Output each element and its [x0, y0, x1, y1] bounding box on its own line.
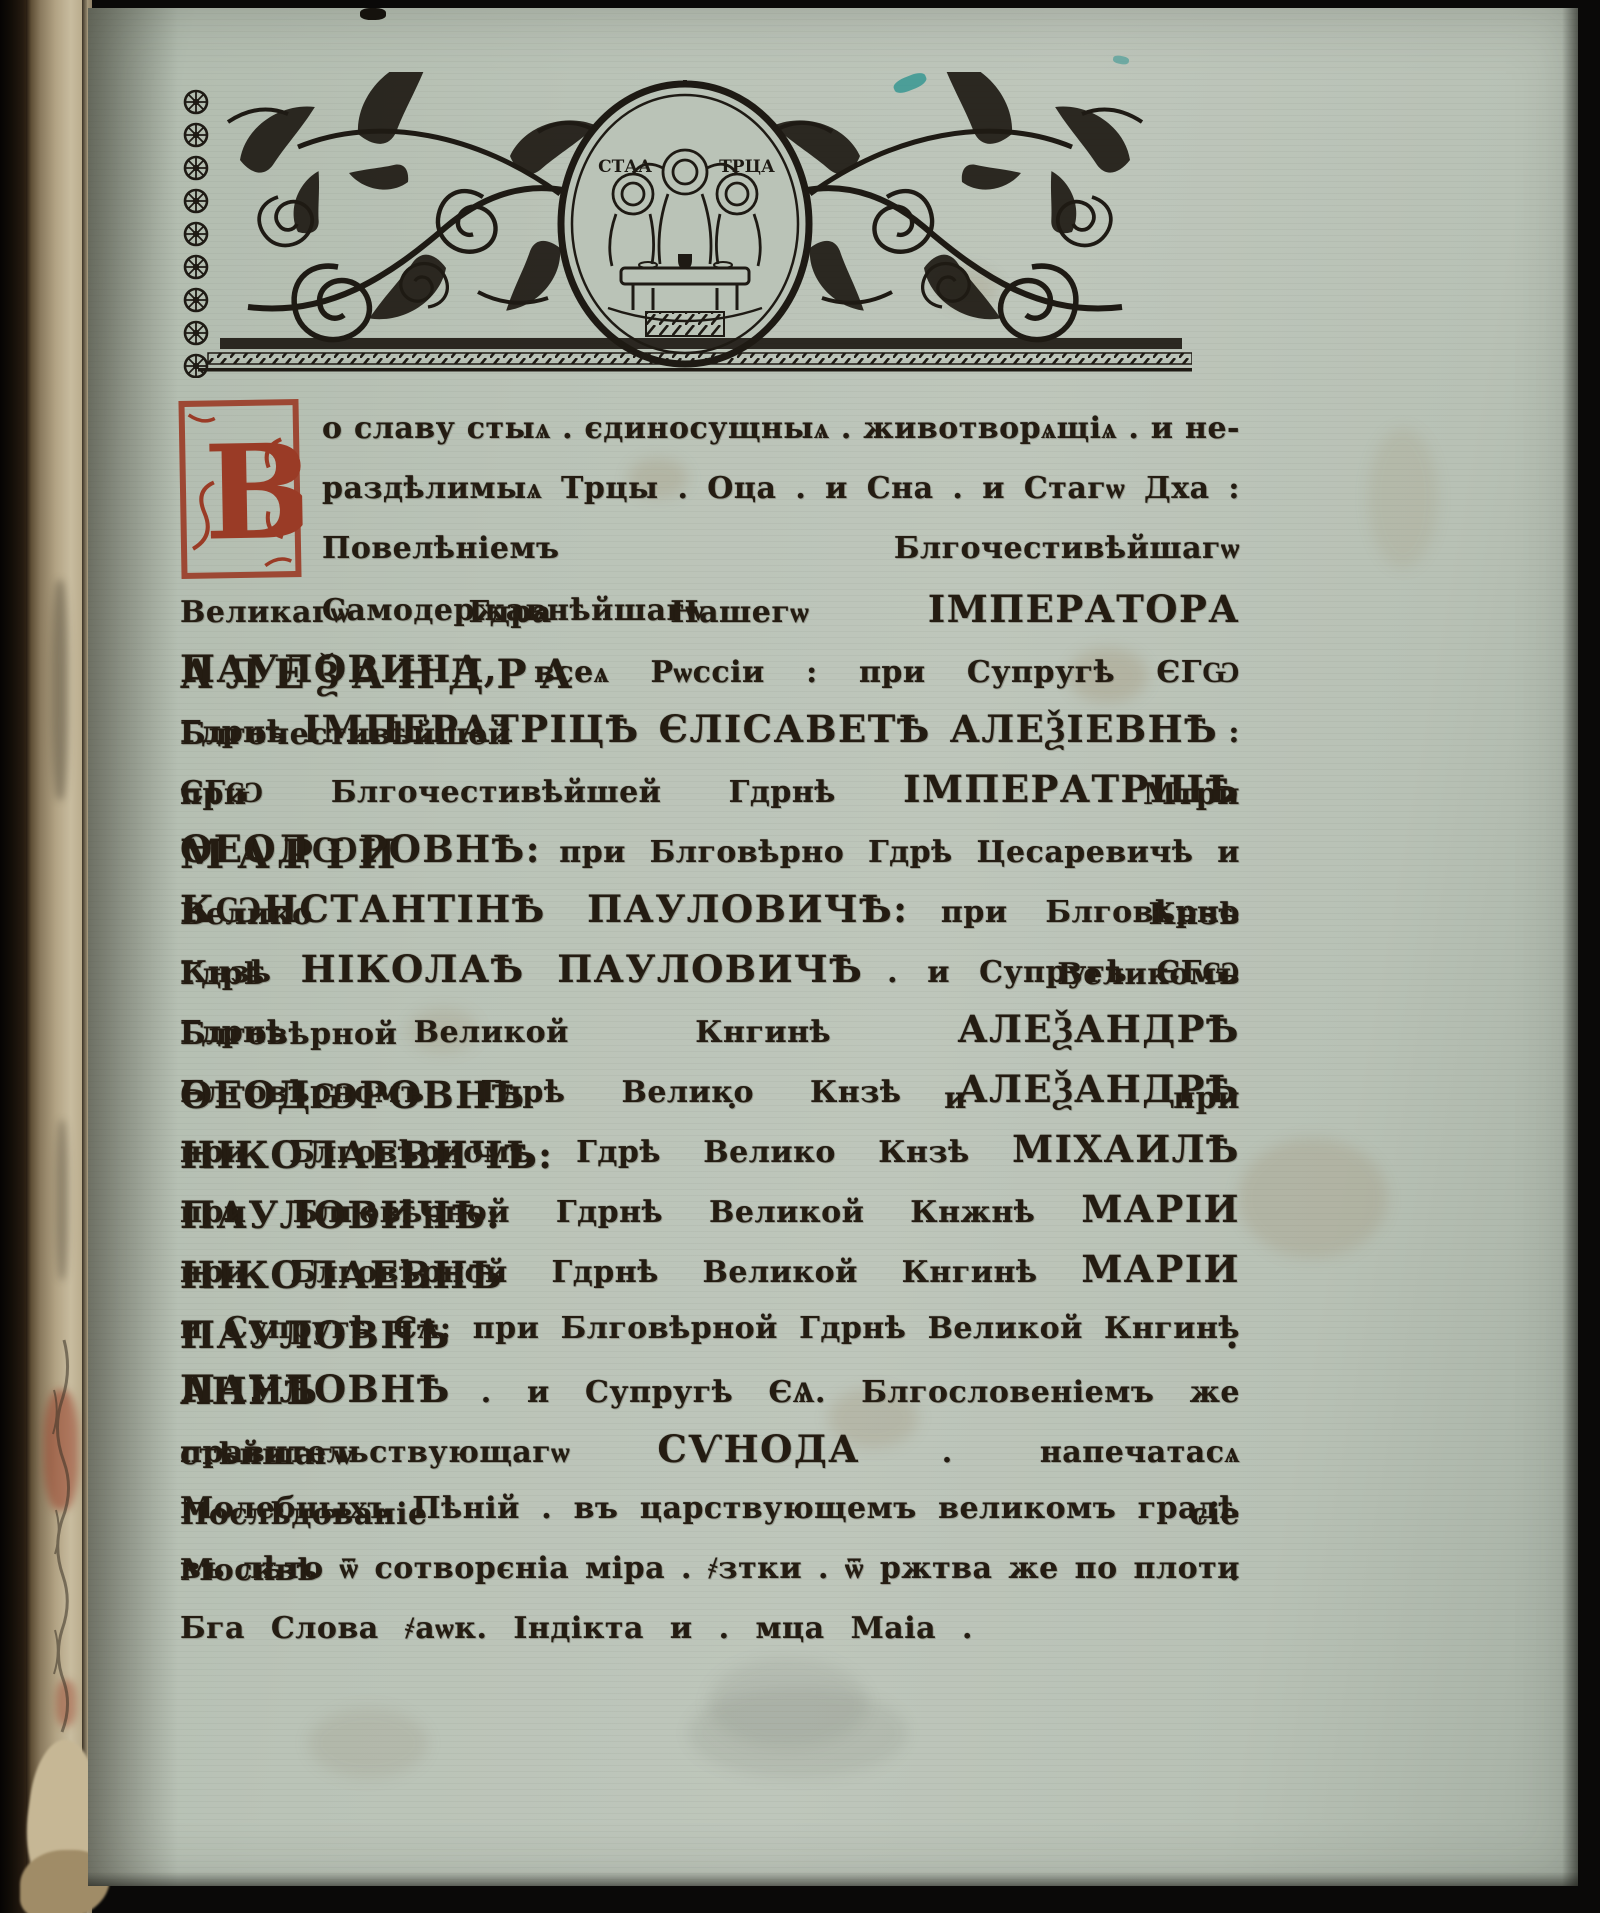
spine-gutter: [26, 0, 92, 1913]
text-segment: Бга Слова ҂аѡк. Індікта и . мца Маіа .: [180, 1611, 973, 1646]
foliate-scroll-left: [228, 72, 602, 340]
medallion-label-right: ТРЦА: [719, 157, 775, 177]
ink-speck: [360, 8, 386, 20]
text-segment: при Блговѣрной Гдрнѣ Великой Кнгинѣ: [180, 1255, 1081, 1290]
text-segment: ІМПЕРАТОРА: [928, 587, 1240, 631]
paper-stain: [1368, 428, 1438, 568]
text-line: Повелѣніемъ Блгочестивѣйшагѡ Самодержавн…: [180, 520, 1240, 580]
text-segment: раздѣлимыѧ Трцы . Оца . и Сна . и Стагѡ …: [322, 471, 1240, 506]
text-segment: о славу стыѧ . єдиносущныѧ . животворѧщі…: [322, 411, 1240, 446]
text-segment: и Супругѣ ЄѦ: при Блговѣрной Гдрнѣ Велик…: [180, 1311, 1240, 1346]
text-line: Гдрнѣ ІМПЕРАТРІЦѢ ЄЛІСАВЕТѢ АЛЕѮІЕВНѢ : …: [180, 700, 1240, 760]
medallion-label-left: СТАА: [598, 157, 652, 177]
text-segment: Великагѡ Гдра Нашегѡ: [180, 595, 928, 630]
text-line: Молебныхъ Пѣній . въ царствующемъ велико…: [180, 1480, 1240, 1540]
text-line: правительствующагѡ СѴНОДА . напечатасѧ П…: [180, 1420, 1240, 1480]
text-segment: ЄГѠ Блгочестивѣйшей Гдрнѣ: [180, 775, 903, 810]
book-photo: СТАА ТРЦА В о: [0, 0, 1600, 1913]
text-line: при Блговѣрномъ Гдрѣ Велико Кнзѣ МІХАИЛѢ…: [180, 1120, 1240, 1180]
headpiece: СТАА ТРЦА: [178, 72, 1192, 378]
text-block: о славу стыѧ . єдиносущныѧ . животворѧщі…: [180, 400, 1240, 1660]
headpiece-woodcut: СТАА ТРЦА: [178, 72, 1192, 378]
text-line: ПАУЛОВНѢ . и Супругѣ ЄѦ. Блгословеніемъ …: [180, 1360, 1240, 1420]
text-line: КѠНСТАНТІНѢ ПАУЛОВИЧѢ: при Блговѣрно Гдр…: [180, 880, 1240, 940]
foliate-scroll-right: [768, 72, 1142, 340]
page-edge-shadow: [88, 1872, 1578, 1886]
text-line: и Супругѣ ЄѦ: при Блговѣрной Гдрнѣ Велик…: [180, 1300, 1240, 1360]
text-segment: Кнзѣ: [180, 955, 301, 990]
paper-stain: [308, 1708, 428, 1778]
text-line: Бга Слова ҂аѡк. Індікта и . мца Маіа .: [180, 1600, 1240, 1660]
rosette-column: [185, 91, 207, 377]
text-segment: ПАУЛОВИЧА,: [180, 647, 498, 691]
text-segment: при Блговѣрной Гдрнѣ Великой Кнжнѣ: [180, 1195, 1081, 1230]
text-segment: ІМПЕРАТРІЦѢ ЄЛІСАВЕТѢ АЛЕѮІЕВНѢ: [303, 707, 1218, 751]
text-segment: СѴНОДА: [657, 1427, 860, 1471]
spine-ink-smear: [52, 580, 68, 800]
text-segment: Гдрнѣ: [180, 715, 303, 750]
text-line: ПАУЛОВИЧА, всеѧ Рѡссіи : при Супругѣ ЄГѠ…: [180, 640, 1240, 700]
text-segment: правительствующагѡ: [180, 1435, 657, 1470]
text-segment: Блговѣрномъ Гдрѣ Велико Кнзѣ: [180, 1075, 958, 1110]
show-through-ghost: [688, 1688, 908, 1778]
text-segment: въ лѣто ѿ сотворєніа міра . ҂зтки . ѿ рж…: [180, 1551, 1240, 1586]
text-line: о славу стыѧ . єдиносущныѧ . животворѧщі…: [180, 400, 1240, 460]
text-line: ѲЕОДѠРОВНѢ: при Блговѣрно Гдрѣ Цесаревич…: [180, 820, 1240, 880]
text-line: Великагѡ Гдра Нашегѡ ІМПЕРАТОРА АЛЕѮАНДР…: [180, 580, 1240, 640]
book-page: СТАА ТРЦА В о: [88, 8, 1578, 1886]
text-line: Гдрнѣ Великой Кнгинѣ АЛЕѮАНДРѢ ѲЕОДѠРОВН…: [180, 1000, 1240, 1060]
text-segment: НІКОЛАѢ ПАУЛОВИЧѢ: [301, 947, 864, 991]
spine-ink-smear: [56, 1120, 68, 1280]
text-line: при Блговѣрной Гдрнѣ Великой Кнгинѣ МАРІ…: [180, 1240, 1240, 1300]
text-segment: ѲЕОДѠРОВНѢ:: [180, 827, 541, 871]
text-line: ЄГѠ Блгочестивѣйшей Гдрнѣ ІМПЕРАТРІЦѢ МА…: [180, 760, 1240, 820]
paper-stain: [1238, 1138, 1388, 1258]
text-segment: ІМПЕРАТРІЦѢ: [903, 767, 1240, 811]
page-edge-shadow: [1562, 8, 1578, 1886]
text-line: раздѣлимыѧ Трцы . Оца . и Сна . и Стагѡ …: [180, 460, 1240, 520]
text-segment: ПАУЛОВНѢ: [180, 1367, 451, 1411]
text-segment: КѠНСТАНТІНѢ ПАУЛОВИЧѢ:: [180, 887, 908, 931]
teal-ink-mark: [1112, 55, 1129, 66]
text-line: при Блговѣрной Гдрнѣ Великой Кнжнѣ МАРІИ…: [180, 1180, 1240, 1240]
text-segment: Гдрнѣ Великой Кнгинѣ: [180, 1015, 958, 1050]
text-line: Блговѣрномъ Гдрѣ Велико Кнзѣ АЛЕѮАНДРѢ Н…: [180, 1060, 1240, 1120]
gutter-shadow: [88, 8, 178, 1886]
headpiece-base-band: [198, 312, 1192, 372]
text-line: Кнзѣ НІКОЛАѢ ПАУЛОВИЧѢ . и Супругѣ ЄГѠ Б…: [180, 940, 1240, 1000]
text-line: въ лѣто ѿ сотворєніа міра . ҂зтки . ѿ рж…: [180, 1540, 1240, 1600]
text-segment: при Блговѣрномъ Гдрѣ Велико Кнзѣ: [180, 1135, 1012, 1170]
spine-handwriting-marks: [44, 1330, 84, 1750]
